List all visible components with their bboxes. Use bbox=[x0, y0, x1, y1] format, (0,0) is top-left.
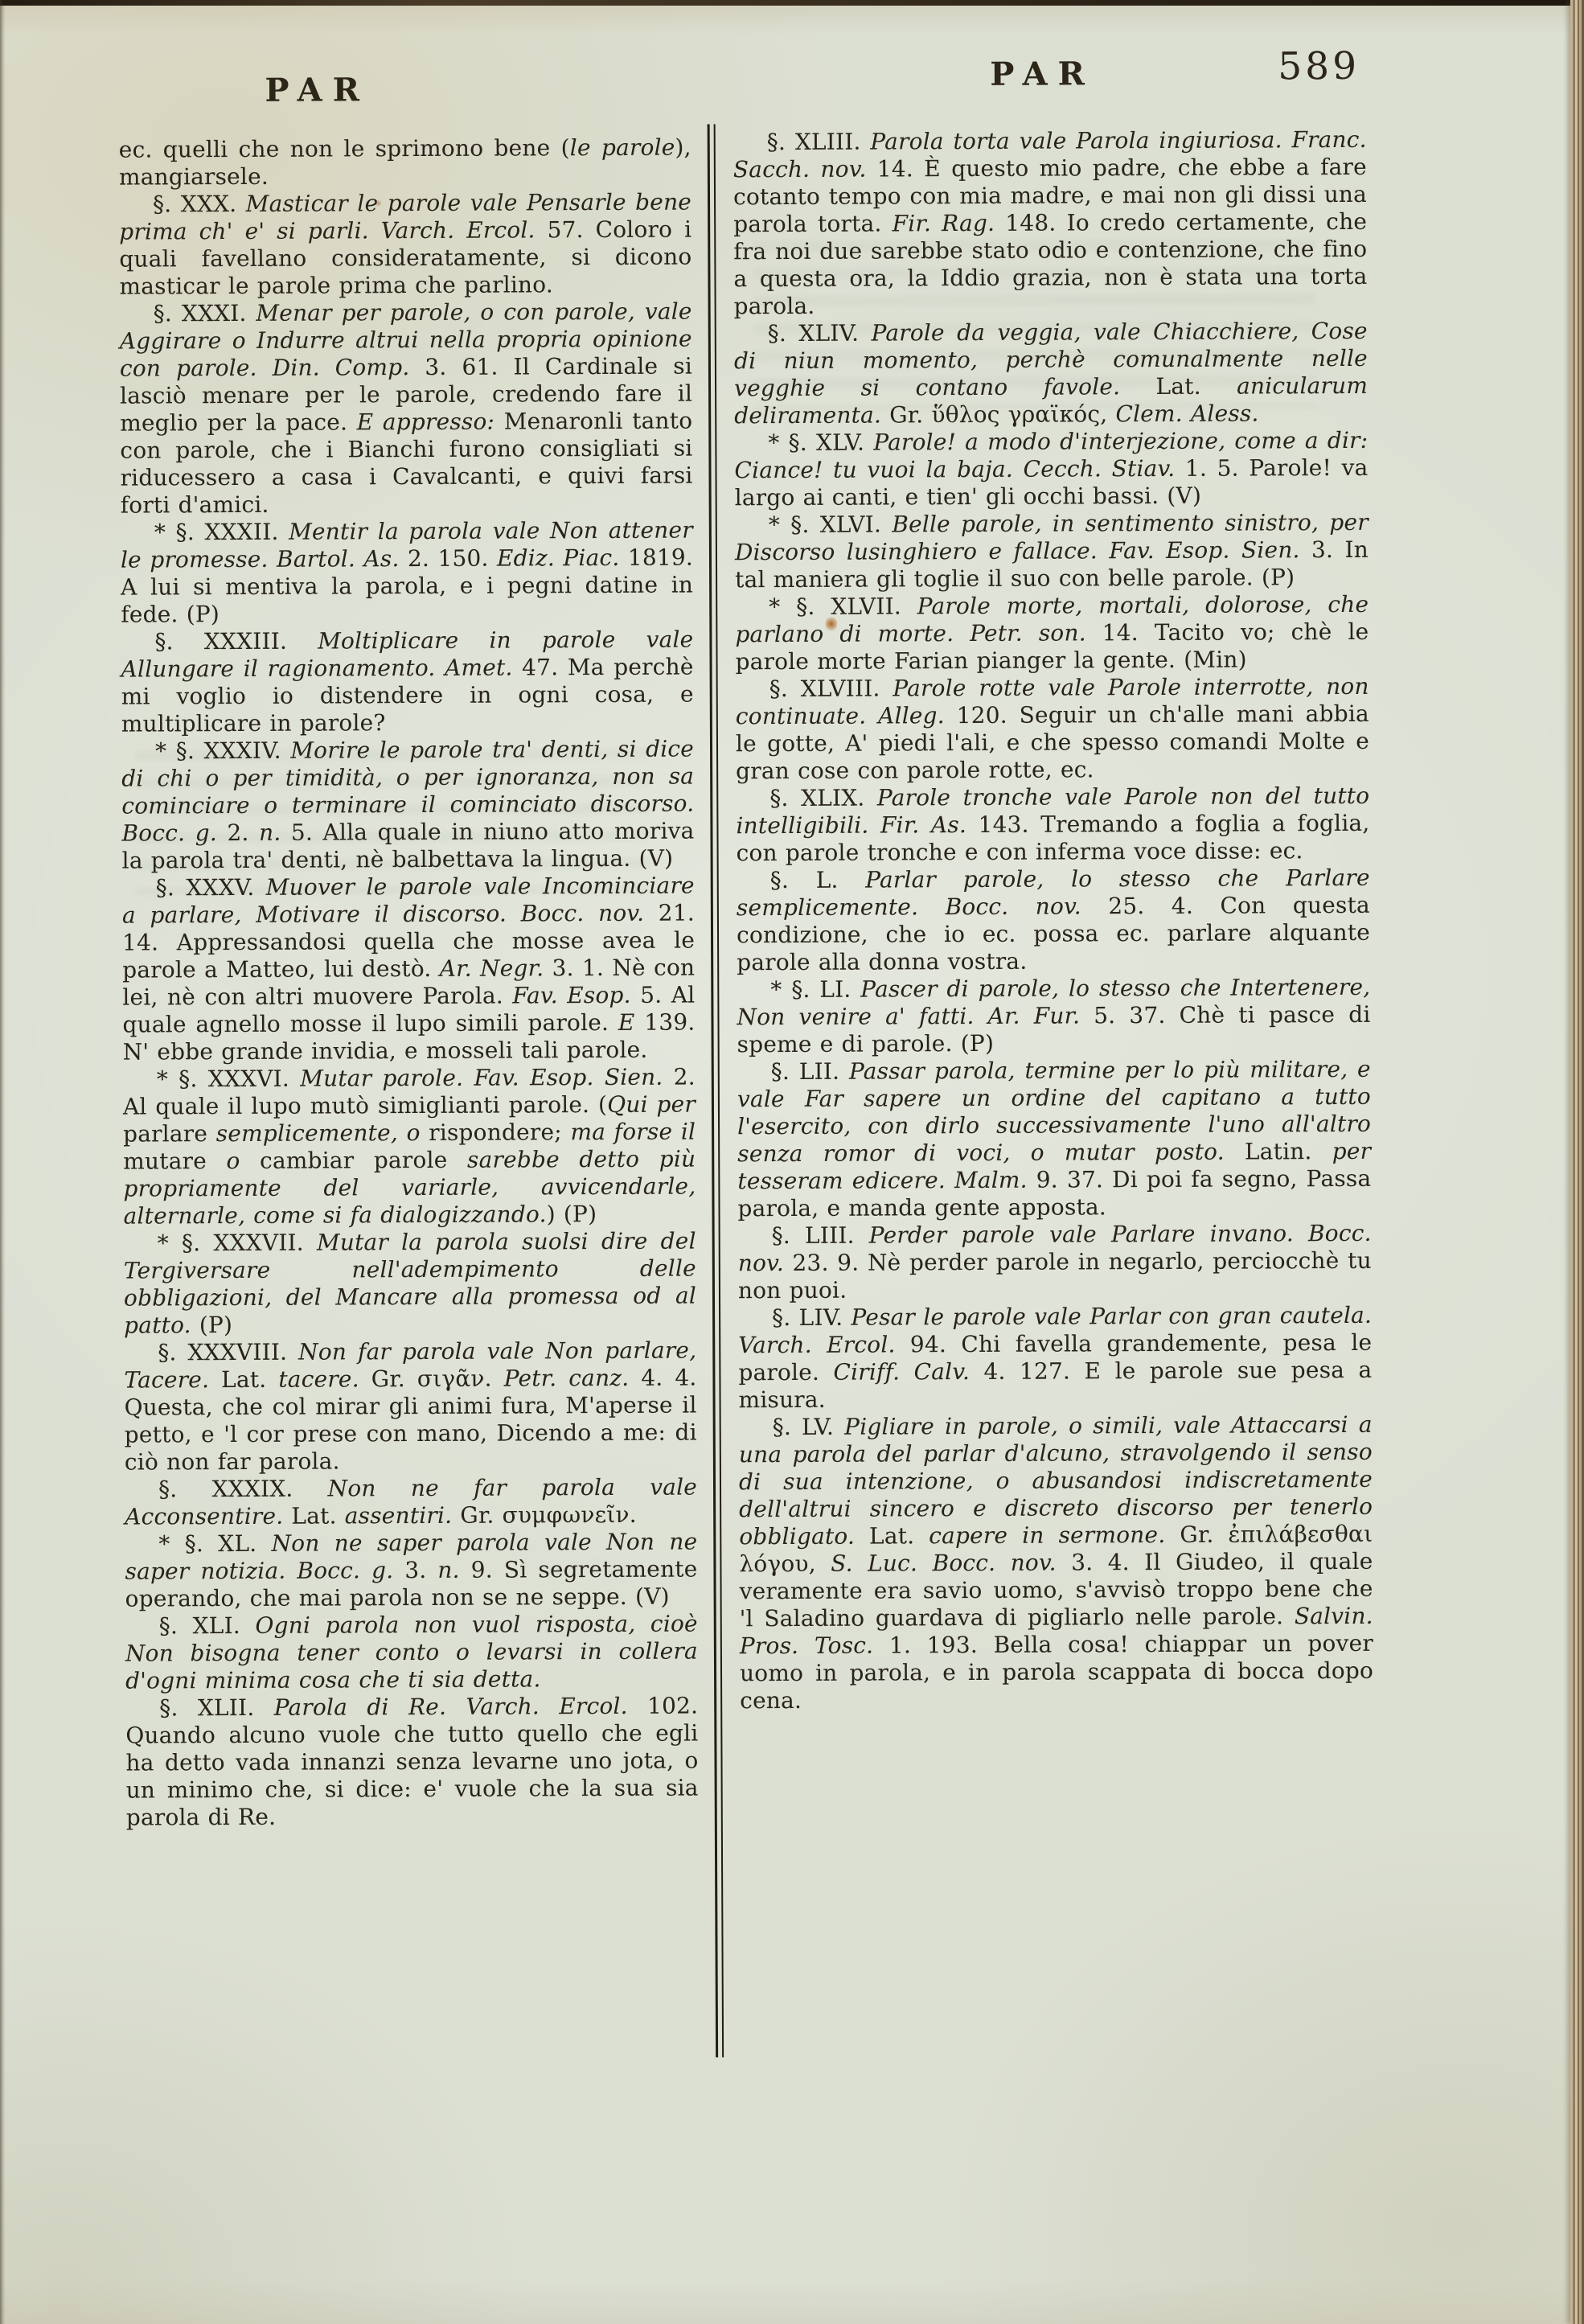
text-column-left: ec. quelli che non le sprimono bene (le … bbox=[119, 134, 699, 1832]
column-divider-rule bbox=[708, 124, 724, 2057]
dictionary-entry: * §. XLV. Parole! a modo d'interjezione,… bbox=[734, 427, 1368, 511]
dictionary-entry: §. XXXVIII. Non far parola vale Non parl… bbox=[124, 1337, 697, 1476]
dictionary-entry: ec. quelli che non le sprimono bene (le … bbox=[119, 134, 691, 191]
running-header-left: PAR bbox=[265, 71, 370, 109]
dictionary-entry: * §. XXXVII. Mutar la parola suolsi dire… bbox=[124, 1228, 697, 1340]
dictionary-entry: * §. XXXII. Mentir la parola vale Non at… bbox=[121, 517, 694, 629]
page-number: 589 bbox=[1278, 44, 1360, 88]
dictionary-entry: §. XLII. Parola di Re. Varch. Ercol. 102… bbox=[125, 1693, 699, 1832]
dictionary-entry: §. LII. Passar parola, termine per lo pi… bbox=[737, 1056, 1372, 1222]
dictionary-entry: §. XXXIX. Non ne far parola vale Acconse… bbox=[125, 1474, 697, 1531]
dictionary-entry: §. XLI. Ogni parola non vuol risposta, c… bbox=[125, 1611, 698, 1695]
dictionary-entry: §. XLIX. Parole tronche vale Parole non … bbox=[736, 782, 1369, 867]
dictionary-entry: §. LV. Pigliare in parole, o simili, val… bbox=[739, 1411, 1374, 1714]
scan-left-edge bbox=[0, 0, 6, 2324]
dictionary-entry: * §. XLVI. Belle parole, in sentimento s… bbox=[735, 509, 1369, 593]
dictionary-entry: * §. XLVII. Parole morte, mortali, dolor… bbox=[735, 591, 1369, 675]
dictionary-entry: §. XXXV. Muover le parole vale Incominci… bbox=[122, 873, 696, 1066]
dictionary-entry: §. L. Parlar parole, lo stesso che Parla… bbox=[737, 864, 1371, 976]
scan-top-edge bbox=[0, 0, 1584, 6]
dictionary-entry: §. LIV. Pesar le parole vale Parlar con … bbox=[738, 1302, 1373, 1414]
running-header-right: PAR bbox=[990, 55, 1095, 93]
dictionary-entry: * §. XXXVI. Mutar parole. Fav. Esop. Sie… bbox=[123, 1064, 696, 1230]
dictionary-entry: * §. XXXIV. Morire le parole tra' denti,… bbox=[121, 736, 695, 875]
dictionary-entry: §. XXXI. Menar per parole, o con parole,… bbox=[120, 298, 693, 519]
page-content: PAR PAR 589 ec. quelli che non le sprimo… bbox=[0, 0, 1584, 2324]
dictionary-entry: §. XXXIII. Moltiplicare in parole vale A… bbox=[121, 626, 694, 738]
scanned-page: { "page": { "header_left": "PAR", "heade… bbox=[0, 0, 1584, 2324]
dictionary-entry: §. LIII. Perder parole vale Parlare inva… bbox=[738, 1220, 1372, 1304]
dictionary-entry: * §. LI. Pascer di parole, lo stesso che… bbox=[737, 974, 1370, 1058]
dictionary-entry: * §. XL. Non ne saper parola vale Non ne… bbox=[125, 1529, 697, 1613]
dictionary-entry: §. XLIII. Parola torta vale Parola ingiu… bbox=[733, 126, 1368, 320]
dictionary-entry: §. XLIV. Parole da veggia, vale Chiacchi… bbox=[734, 318, 1369, 429]
text-column-right: §. XLIII. Parola torta vale Parola ingiu… bbox=[733, 126, 1374, 1714]
book-page-edges bbox=[1570, 0, 1584, 2324]
dictionary-entry: §. XXX. Masticar le parole vale Pensarle… bbox=[119, 189, 692, 301]
dictionary-entry: §. XLVIII. Parole rotte vale Parole inte… bbox=[736, 673, 1370, 785]
